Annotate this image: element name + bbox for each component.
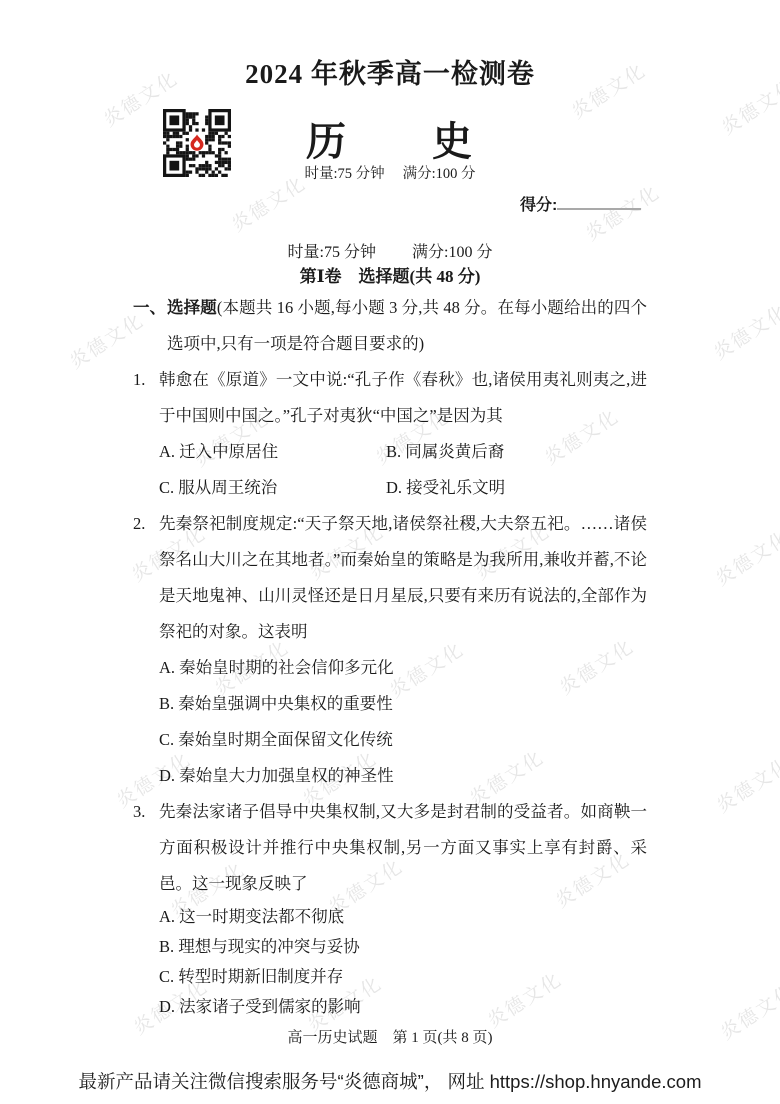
question-3-option-a: A. 这一时期变法都不彻底 bbox=[159, 902, 647, 932]
section-intro-marker: 一、 bbox=[133, 290, 166, 326]
score-blank-line bbox=[557, 193, 641, 210]
question-3: 3.先秦法家诸子倡导中央集权制,又大多是封君制的受益者。如商鞅一方面积极设计并推… bbox=[133, 794, 647, 1022]
question-1-stem: 韩愈在《原道》一文中说:“孔子作《春秋》也,诸侯用夷礼则夷之,进于中国则中国之。… bbox=[159, 370, 647, 425]
question-1: 1.韩愈在《原道》一文中说:“孔子作《春秋》也,诸侯用夷礼则夷之,进于中国则中国… bbox=[133, 362, 647, 506]
question-1-option-b: B. 同属炎黄后裔 bbox=[386, 434, 647, 470]
question-3-option-d: D. 法家诸子受到儒家的影响 bbox=[159, 992, 647, 1022]
question-2-stem: 先秦祭祀制度规定:“天子祭天地,诸侯祭社稷,大夫祭五祀。……诸侯祭名山大川之在其… bbox=[159, 514, 647, 641]
question-1-option-c: C. 服从周王统治 bbox=[159, 470, 386, 506]
question-3-option-c: C. 转型时期新旧制度并存 bbox=[159, 962, 647, 992]
page-content: 2024 年秋季高一检测卷 历 史 时量:75 分钟满分:100 分 得分: 时… bbox=[0, 0, 780, 1104]
question-1-options: A. 迁入中原居住 B. 同属炎黄后裔 C. 服从周王统治 D. 接受礼乐文明 bbox=[159, 434, 647, 506]
full-score-label-2: 满分:100 分 bbox=[412, 244, 492, 261]
question-2-option-c: C. 秦始皇时期全面保留文化传统 bbox=[159, 722, 647, 758]
section-intro-lead: 选择题 bbox=[167, 298, 217, 317]
question-3-option-b: B. 理想与现实的冲突与妥协 bbox=[159, 932, 647, 962]
question-2: 2.先秦祭祀制度规定:“天子祭天地,诸侯祭社稷,大夫祭五祀。……诸侯祭名山大川之… bbox=[133, 506, 647, 794]
question-1-number: 1. bbox=[133, 362, 145, 398]
section-heading: 第Ⅰ卷 选择题(共 48 分) bbox=[0, 262, 780, 287]
section-intro-text: (本题共 16 小题,每小题 3 分,共 48 分。在每小题给出的四个选项中,只… bbox=[167, 298, 647, 353]
section-intro: 一、选择题(本题共 16 小题,每小题 3 分,共 48 分。在每小题给出的四个… bbox=[133, 290, 647, 362]
duration-label: 时量:75 分钟 bbox=[304, 166, 384, 182]
question-1-option-d: D. 接受礼乐文明 bbox=[386, 470, 647, 506]
question-body: 一、选择题(本题共 16 小题,每小题 3 分,共 48 分。在每小题给出的四个… bbox=[133, 290, 647, 1022]
page-title: 2024 年秋季高一检测卷 bbox=[0, 52, 780, 91]
exam-paper-page: 炎德文化炎德文化炎德文化炎德文化炎德文化炎德文化炎德文化炎德文化炎德文化炎德文化… bbox=[0, 0, 780, 1104]
subject-title: 历 史 bbox=[0, 110, 780, 167]
question-2-option-a: A. 秦始皇时期的社会信仰多元化 bbox=[159, 650, 647, 686]
question-3-options: A. 这一时期变法都不彻底 B. 理想与现实的冲突与妥协 C. 转型时期新旧制度… bbox=[159, 902, 647, 1022]
duration-label-2: 时量:75 分钟 bbox=[288, 244, 376, 261]
question-3-number: 3. bbox=[133, 794, 145, 830]
question-2-option-b: B. 秦始皇强调中央集权的重要性 bbox=[159, 686, 647, 722]
question-2-number: 2. bbox=[133, 506, 145, 542]
question-2-option-d: D. 秦始皇大力加强皇权的神圣性 bbox=[159, 758, 647, 794]
full-score-label: 满分:100 分 bbox=[403, 166, 476, 182]
bottom-notice: 最新产品请关注微信搜索服务号“炎德商城”， 网址 https://shop.hn… bbox=[0, 1068, 780, 1094]
question-1-option-a: A. 迁入中原居住 bbox=[159, 434, 386, 470]
page-footer: 高一历史试题 第 1 页(共 8 页) bbox=[0, 1026, 780, 1047]
exam-meta-line: 时量:75 分钟满分:100 分 bbox=[0, 162, 780, 183]
score-field: 得分: bbox=[520, 192, 641, 215]
question-3-stem: 先秦法家诸子倡导中央集权制,又大多是封君制的受益者。如商鞅一方面积极设计并推行中… bbox=[159, 802, 647, 893]
question-2-options: A. 秦始皇时期的社会信仰多元化 B. 秦始皇强调中央集权的重要性 C. 秦始皇… bbox=[159, 650, 647, 794]
score-label: 得分: bbox=[520, 197, 557, 214]
exam-meta-line-2: 时量:75 分钟满分:100 分 bbox=[0, 239, 780, 262]
